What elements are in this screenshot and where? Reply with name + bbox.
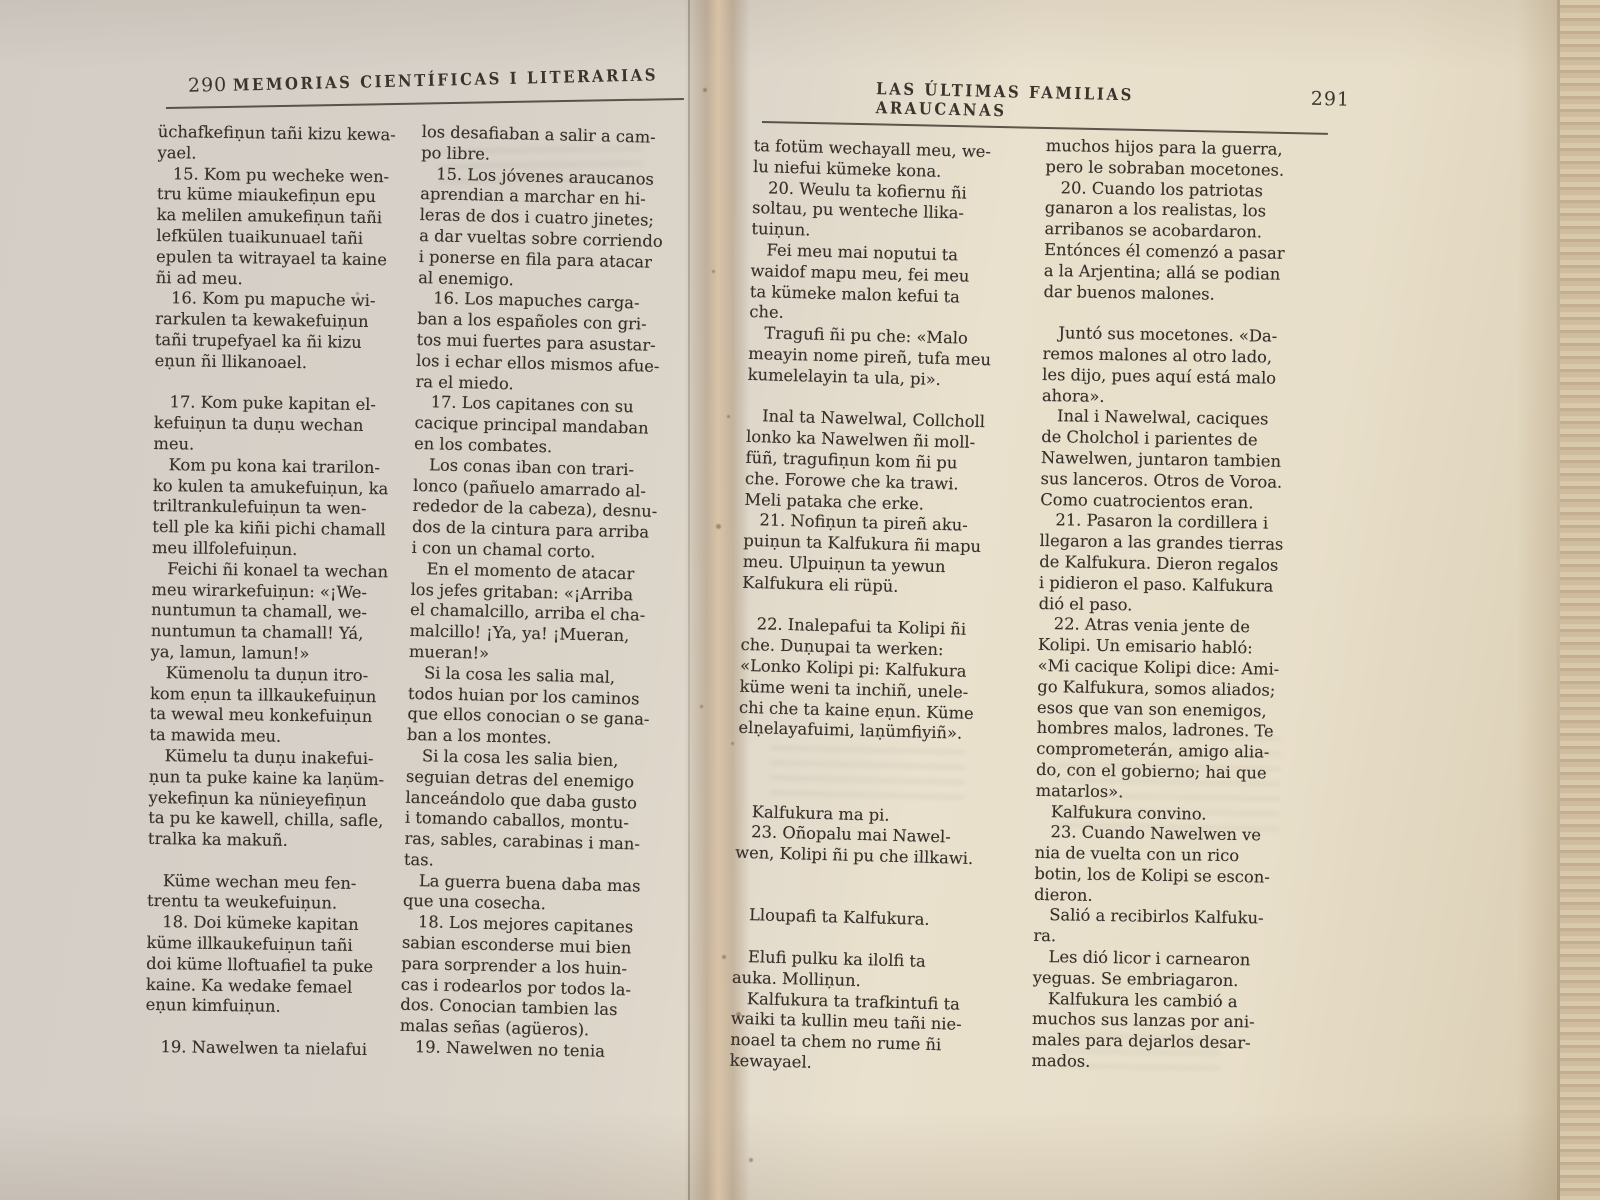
photo-vignette: [0, 0, 1600, 1200]
open-book-photo: 290 MEMORIAS CIENTÍFICAS I LITERARIAS üc…: [0, 0, 1600, 1200]
